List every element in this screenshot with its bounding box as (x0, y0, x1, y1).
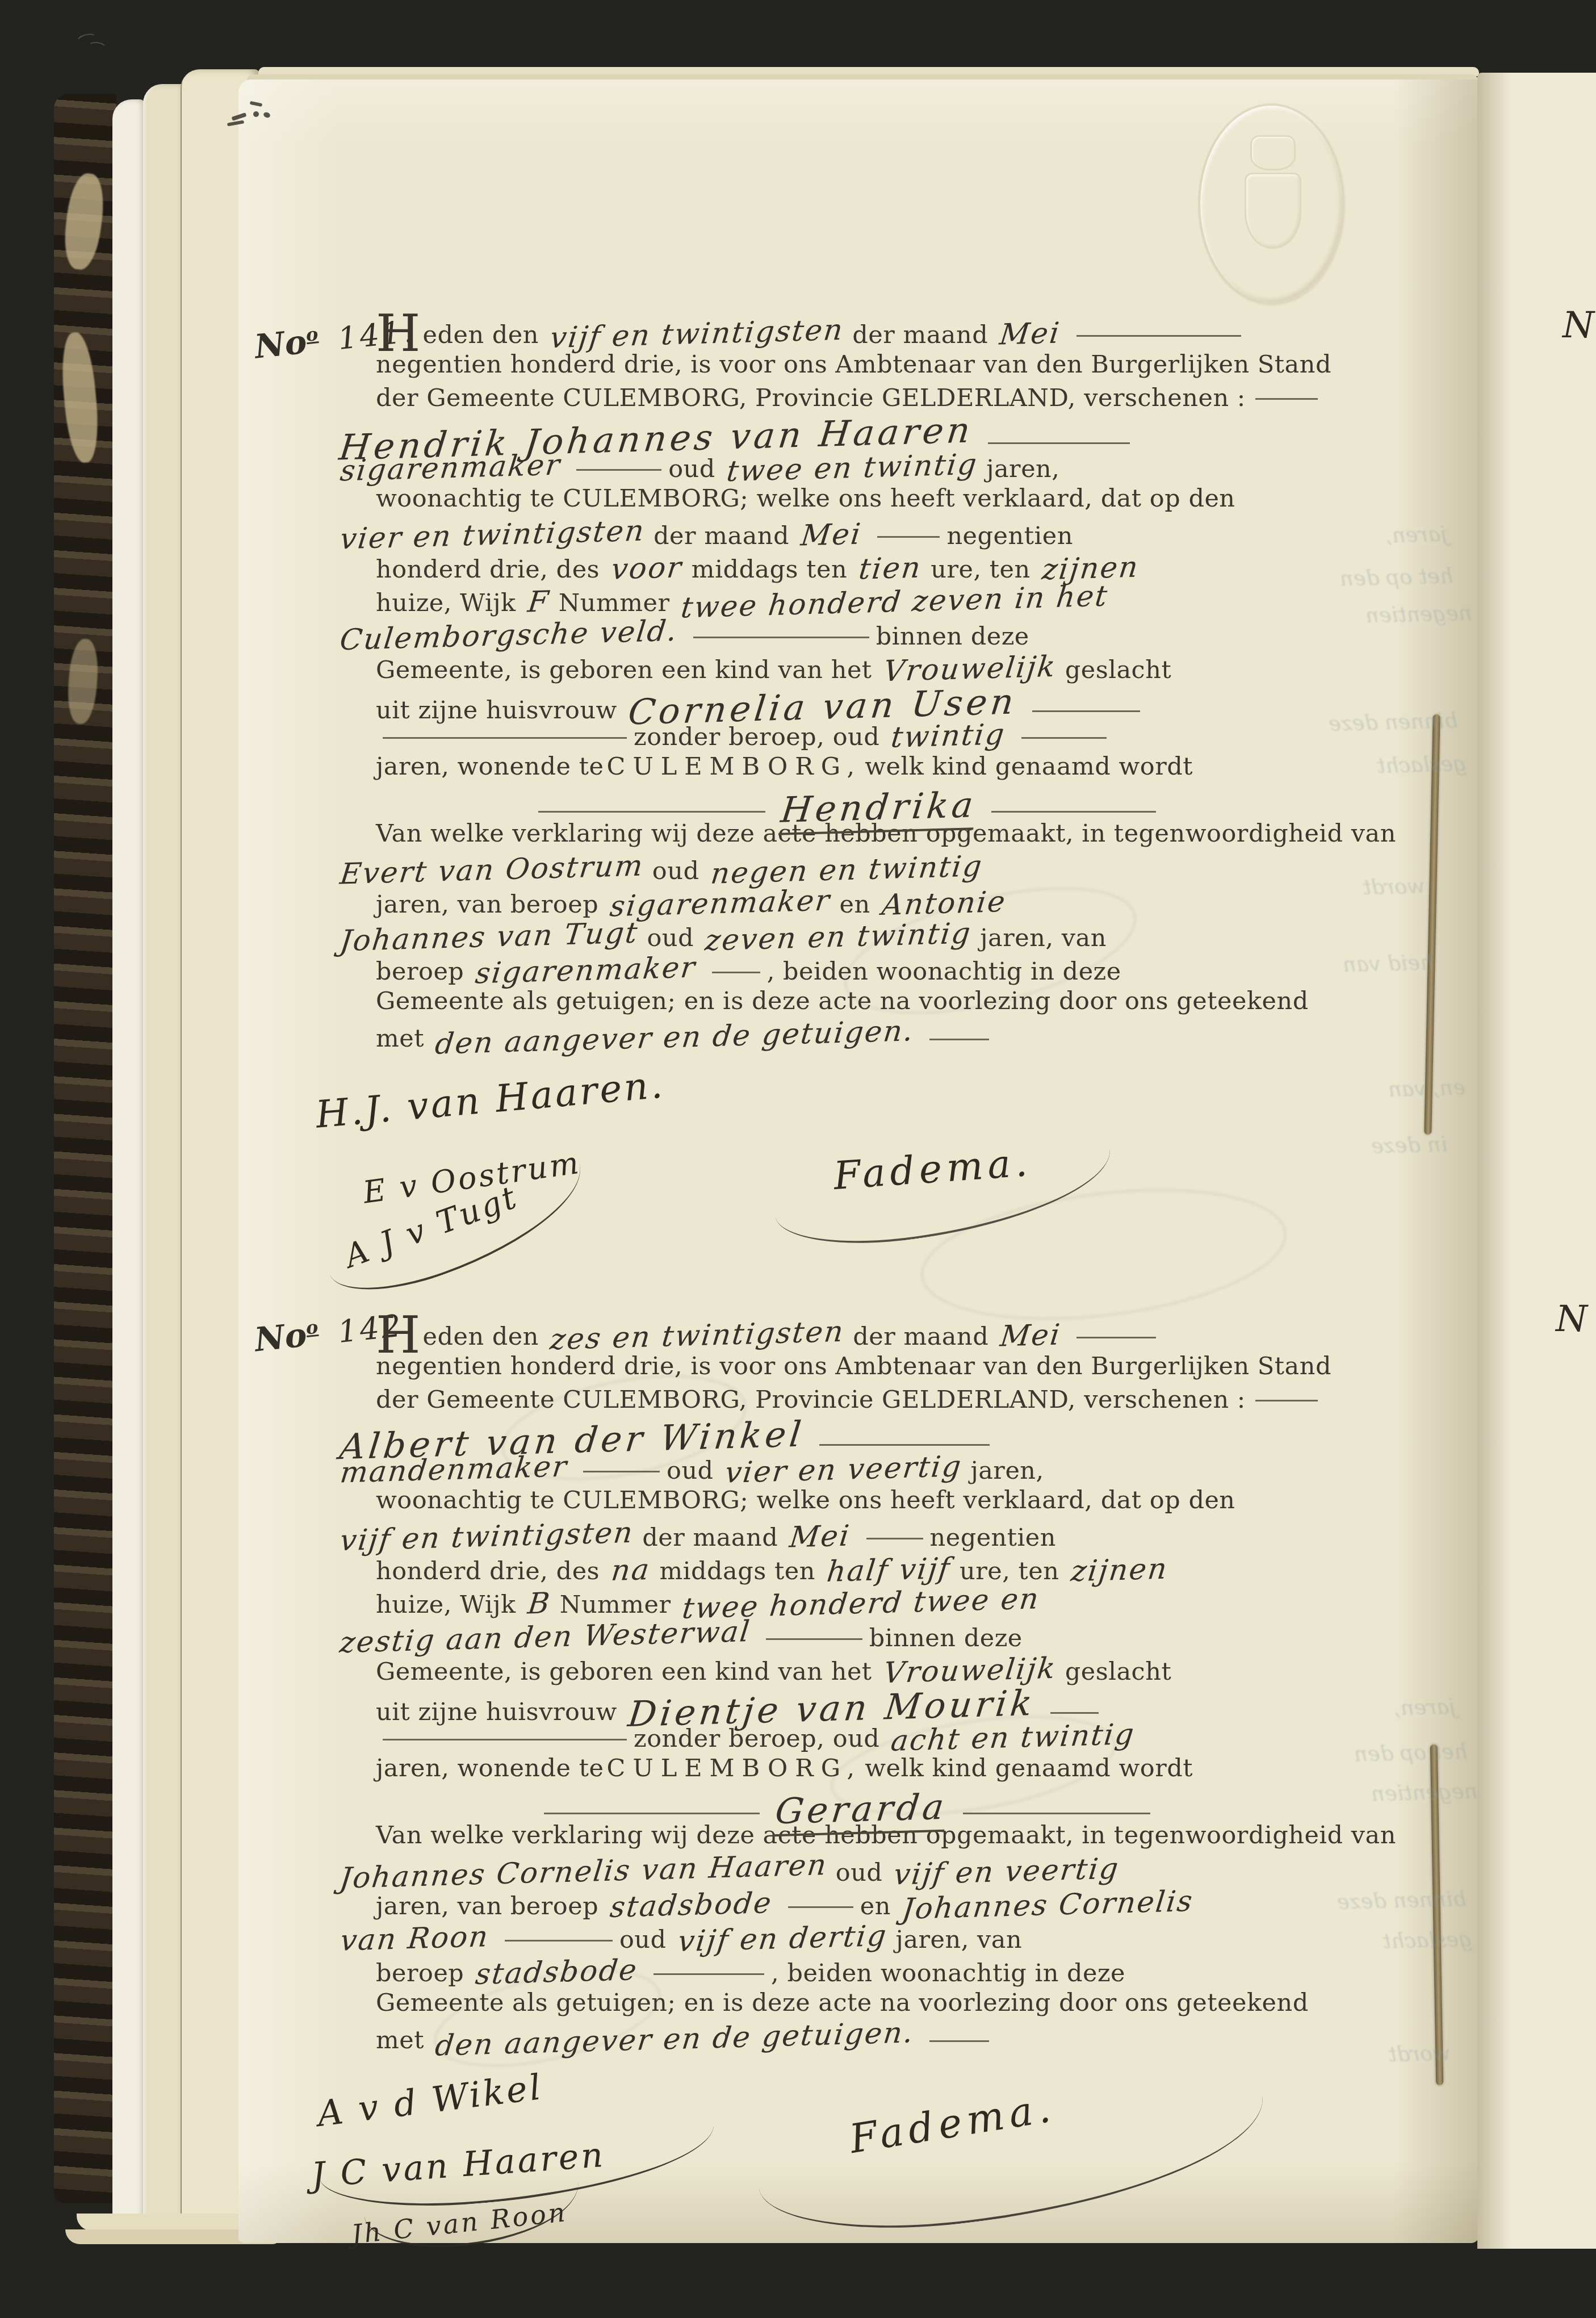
printed-text: CULEMBORG, (607, 1754, 862, 1783)
ink-rule (991, 811, 1156, 813)
bleed-through-text: heid van (1342, 950, 1434, 977)
printed-text: oud (836, 1859, 883, 1887)
ink-rule (544, 1813, 760, 1814)
printed-text: en (860, 1892, 891, 1920)
spine-wear-patch (61, 171, 107, 271)
ink-rule (929, 1039, 989, 1040)
form-line: Heden den vijf en twintigstender maand M… (376, 317, 1318, 350)
printed-text: beroep (376, 1959, 464, 1988)
handwritten-text: twee honderd zeven in het (679, 580, 1110, 625)
ink-rule (1076, 1337, 1156, 1338)
printed-text: honderd drie, des (376, 555, 600, 584)
handwritten-text: van Roon (338, 1920, 491, 1957)
ink-rule (1050, 1712, 1099, 1714)
printed-text: oud (668, 455, 715, 483)
handwritten-text: Mei (799, 518, 864, 553)
printed-text: welk kind genaamd wordt (865, 752, 1193, 781)
handwritten-text: twee en twintig (725, 448, 979, 488)
form-line: van Roonoud vijf en dertigjaren, van (332, 1922, 1318, 1955)
printed-text: ure, ten (931, 555, 1030, 584)
handwritten-text: voor (610, 551, 685, 586)
form-line: Hendrika (376, 786, 1318, 819)
handwritten-text: Antonie (880, 885, 1008, 922)
printed-text: eden den (423, 1323, 539, 1351)
ink-rule (866, 1538, 923, 1539)
handwritten-text: vijf en twintigsten (338, 1516, 636, 1558)
handwritten-text: vier en veertig (723, 1450, 964, 1490)
printed-text: jaren, van beroep (376, 1892, 598, 1920)
form-line: jaren, van beroep sigarenmakeren Antonie (376, 886, 1318, 920)
handwritten-text: negen en twintig (709, 850, 984, 890)
ink-rule (788, 1906, 853, 1908)
handwritten-text: B (526, 1587, 552, 1621)
handwritten-text: Hendrika (778, 784, 979, 835)
handwritten-text: Mei (998, 317, 1062, 352)
handwritten-text: Mei (788, 1520, 852, 1555)
seal-shield-shape (1245, 173, 1301, 249)
form-line: Culemborgsche veld.binnen deze (332, 618, 1318, 652)
ink-rule (819, 1444, 990, 1446)
printed-text: honderd drie, des (376, 1557, 600, 1585)
bleed-through-text: binnen deze (1337, 1886, 1467, 1914)
printed-text: jaren, (970, 1457, 1044, 1485)
handwritten-text: vijf en dertig (676, 1919, 889, 1959)
form-line: beroep sigarenmaker, beiden woonachtig i… (376, 953, 1318, 987)
bleed-through-text: in deze (1371, 1132, 1447, 1158)
printed-text: jaren, wonende te (376, 752, 604, 781)
spine-wear-patch (66, 638, 100, 725)
form-line: beroep stadsbode, beiden woonachtig in d… (376, 1955, 1318, 1989)
printed-text: en (839, 890, 870, 919)
printed-text: welk kind genaamd wordt (865, 1754, 1193, 1783)
printed-text: Gemeente als getuigen; en is deze acte n… (376, 987, 1309, 1015)
printed-text: der maand (642, 1524, 778, 1552)
printed-text: beroep (376, 957, 464, 986)
form-line: Johannes Cornelis van Haarenoud vijf en … (332, 1855, 1318, 1888)
book-spine (54, 94, 116, 2203)
form-line: Gemeente als getuigen; en is deze acte n… (376, 1989, 1318, 2022)
ink-rule (383, 1739, 627, 1740)
handwritten-text: half vijf (825, 1552, 952, 1589)
printed-text: , beiden woonachtig in deze (767, 957, 1121, 986)
form-line: uit zijne huisvrouw Dientje van Mourik (376, 1687, 1318, 1721)
printed-text: CULEMBORG, (607, 752, 862, 781)
form-line: honderd drie, des voormiddags ten tienur… (376, 551, 1318, 585)
seal-crown-shape (1250, 135, 1296, 170)
no-abbreviation: Noo (253, 321, 321, 366)
printed-text: der maand (853, 1323, 988, 1351)
form-line: mandenmakeroud vier en veertigjaren, (332, 1453, 1318, 1486)
embossed-crown-shield-seal-icon (1198, 103, 1344, 304)
ink-rule (576, 469, 661, 471)
printed-text: met (376, 2026, 424, 2055)
form-line: Gemeente, is geboren een kind van het Vr… (376, 652, 1318, 685)
printed-text: jaren, wonende te (376, 1754, 604, 1783)
printed-text: negentien honderd drie, is voor ons Ambt… (376, 350, 1331, 379)
handwritten-text: vijf en veertig (892, 1852, 1121, 1892)
printed-text: negentien (930, 1524, 1056, 1552)
handwritten-text: Culemborgsche veld. (338, 614, 680, 658)
form-line: jaren, wonende te CULEMBORG, welk kind g… (376, 1754, 1318, 1788)
form-line: jaren, wonende te CULEMBORG, welk kind g… (376, 752, 1318, 786)
handwritten-text: mandenmaker (338, 1450, 569, 1489)
next-page-number-fragment: N (1556, 1298, 1587, 1340)
printed-text: binnen deze (869, 1624, 1023, 1652)
form-line: Gemeente, is geboren een kind van het Vr… (376, 1654, 1318, 1687)
printed-text: huize, Wijk (376, 589, 516, 617)
ink-rule (988, 442, 1130, 444)
handwritten-text: na (610, 1553, 652, 1588)
bleed-through-text: wordt (1362, 874, 1425, 900)
bleed-through-text: het op den (1354, 1739, 1468, 1766)
birth-record-141: Heden den vijf en twintigstender maand M… (376, 317, 1318, 1054)
ink-rule (929, 2040, 989, 2042)
handwritten-text: zijnen (1069, 1553, 1170, 1589)
ink-smudge (227, 95, 278, 129)
handwritten-text: Evert van Oostrum (338, 850, 646, 892)
handwritten-text: sigarenmaker (474, 951, 698, 991)
printed-text: Nummer (560, 1591, 671, 1619)
printed-text: jaren, (986, 455, 1059, 483)
form-line: zestig aan den Westerwalbinnen deze (332, 1620, 1318, 1654)
scanned-register-photo: { "document_type": "birth-register-page"… (0, 0, 1596, 2318)
form-line: Heden den zes en twintigstender maand Me… (376, 1319, 1318, 1352)
ink-rule (877, 536, 940, 538)
pencil-mark (73, 30, 112, 55)
printed-text: eden den (423, 321, 539, 349)
register-next-page-edge: N N (1477, 73, 1596, 2249)
bleed-through-text: binnen deze (1328, 708, 1458, 736)
page-edge-stack (112, 99, 145, 2223)
bleed-through-text: negentien (1371, 1779, 1478, 1806)
printed-text: der maand (654, 522, 789, 550)
bleed-through-text: en, van (1388, 1075, 1465, 1102)
printed-text: der Gemeente CULEMBORG, Provincie GELDER… (376, 1386, 1246, 1414)
form-line: vijf en twintigstender maand Meinegentie… (332, 1520, 1318, 1553)
handwritten-text: tien (857, 551, 924, 586)
ink-rule (1076, 335, 1241, 337)
form-line: der Gemeente CULEMBORG, Provincie GELDER… (376, 1386, 1318, 1419)
printed-text: der maand (852, 321, 988, 349)
bleed-through-text: wordt (1388, 2041, 1451, 2067)
form-line: honderd drie, des namiddags ten half vij… (376, 1553, 1318, 1587)
printed-text: Gemeente, is geboren een kind van het (376, 656, 872, 684)
handwritten-text: Johannes van Tugt (338, 917, 640, 959)
handwritten-text: Johannes Cornelis (900, 1885, 1196, 1926)
printed-text: middags ten (692, 555, 847, 584)
ink-rule (712, 972, 760, 973)
printed-text: jaren, van (896, 1926, 1023, 1954)
form-line: Gerarda (376, 1788, 1318, 1821)
ink-rule (538, 811, 765, 813)
form-line: Albert van der Winkel (332, 1419, 1318, 1453)
printed-text: der Gemeente CULEMBORG, Provincie GELDER… (376, 384, 1246, 412)
printed-text: huize, Wijk (376, 1591, 516, 1619)
printed-text: jaren, van beroep (376, 890, 598, 919)
spine-wear-patch (58, 331, 102, 464)
printed-text: oud (619, 1926, 667, 1954)
bleed-through-text: geslacht (1376, 751, 1467, 778)
printed-text: negentien honderd drie, is voor ons Ambt… (376, 1352, 1331, 1380)
form-line: vier en twintigstender maand Meinegentie… (332, 518, 1318, 551)
next-page-number-fragment: N (1563, 304, 1594, 346)
handwritten-text: stadsbode (608, 1886, 774, 1924)
handwritten-text: twintig (890, 718, 1008, 755)
printed-text: Gemeente, is geboren een kind van het (376, 1658, 872, 1686)
ink-rule (963, 1813, 1150, 1814)
printed-text: Gemeente als getuigen; en is deze acte n… (376, 1989, 1309, 2017)
ink-rule (383, 737, 627, 739)
form-line: negentien honderd drie, is voor ons Ambt… (376, 1352, 1318, 1386)
printed-text: woonachtig te CULEMBORG; welke ons heeft… (376, 1486, 1235, 1514)
handwritten-text: F (526, 585, 551, 619)
handwritten-text: zeven en twintig (703, 917, 973, 957)
bleed-through-text: jaren, (1385, 522, 1447, 548)
no-abbreviation: Noo (253, 1314, 321, 1359)
form-line: Hendrik Johannes van Haaren (332, 417, 1318, 451)
form-line: sigarenmakeroud twee en twintigjaren, (332, 451, 1318, 484)
ink-rule (1255, 398, 1318, 400)
printed-text: met (376, 1024, 424, 1053)
form-line: uit zijne huisvrouw Cornelia van Usen (376, 685, 1318, 719)
handwritten-text: acht en twintig (889, 1718, 1137, 1758)
form-line: huize, Wijk BNummer twee honderd twee en (376, 1587, 1318, 1620)
printed-text: oud (667, 1457, 714, 1485)
form-line: Evert van Oostrumoud negen en twintig (332, 853, 1318, 886)
form-line: jaren, van beroep stadsbodeen Johannes C… (376, 1888, 1318, 1922)
ink-rule (766, 1638, 862, 1640)
ink-rule (1021, 737, 1107, 739)
printed-text: , beiden woonachtig in deze (771, 1959, 1125, 1988)
printed-text: binnen deze (876, 622, 1029, 651)
printed-text: ure, ten (960, 1557, 1059, 1585)
ink-rule (693, 637, 869, 638)
ink-rule (1032, 710, 1140, 712)
form-line: Johannes van Tugtoud zeven en twintigjar… (332, 920, 1318, 953)
printed-text: jaren, van (980, 924, 1107, 952)
printed-text: negentien (946, 522, 1073, 550)
handwritten-text: zes en twintigsten (548, 1315, 847, 1357)
handwritten-text: Mei (999, 1319, 1063, 1354)
printed-text: Nummer (559, 589, 670, 617)
handwritten-text: vier en twintigsten (338, 514, 647, 557)
bleed-through-text: het op den (1339, 563, 1453, 591)
handwritten-text: sigarenmaker (608, 884, 832, 924)
form-line: Gemeente als getuigen; en is deze acte n… (376, 987, 1318, 1020)
form-line: huize, Wijk FNummer twee honderd zeven i… (376, 585, 1318, 618)
ink-rule (583, 1471, 660, 1472)
handwritten-text: Gerarda (773, 1786, 949, 1836)
printed-text: oud (647, 924, 694, 952)
printed-text: geslacht (1065, 656, 1172, 684)
ink-rule (1255, 1400, 1318, 1401)
handwritten-text: stadsbode (474, 1953, 640, 1991)
bleed-through-text: jaren, (1393, 1694, 1456, 1721)
printed-text: oud (652, 857, 699, 885)
handwritten-text: sigarenmaker (338, 449, 563, 488)
bleed-through-text: negentien (1365, 601, 1472, 628)
form-line: negentien honderd drie, is voor ons Ambt… (376, 350, 1318, 384)
handwritten-text: vijf en twintigsten (548, 313, 846, 355)
printed-text: geslacht (1065, 1658, 1172, 1686)
ink-rule (654, 1973, 764, 1975)
form-line: met den aangever en de getuigen. (376, 1020, 1318, 1054)
bleed-through-text: geslacht (1382, 1927, 1472, 1953)
form-line: woonachtig te CULEMBORG; welke ons heeft… (376, 1486, 1318, 1520)
printed-text: middags ten (660, 1557, 815, 1585)
printed-text: woonachtig te CULEMBORG; welke ons heeft… (376, 484, 1235, 513)
birth-record-142: Heden den zes en twintigstender maand Me… (376, 1319, 1318, 2056)
ink-rule (505, 1940, 613, 1942)
form-line: woonachtig te CULEMBORG; welke ons heeft… (376, 484, 1318, 518)
